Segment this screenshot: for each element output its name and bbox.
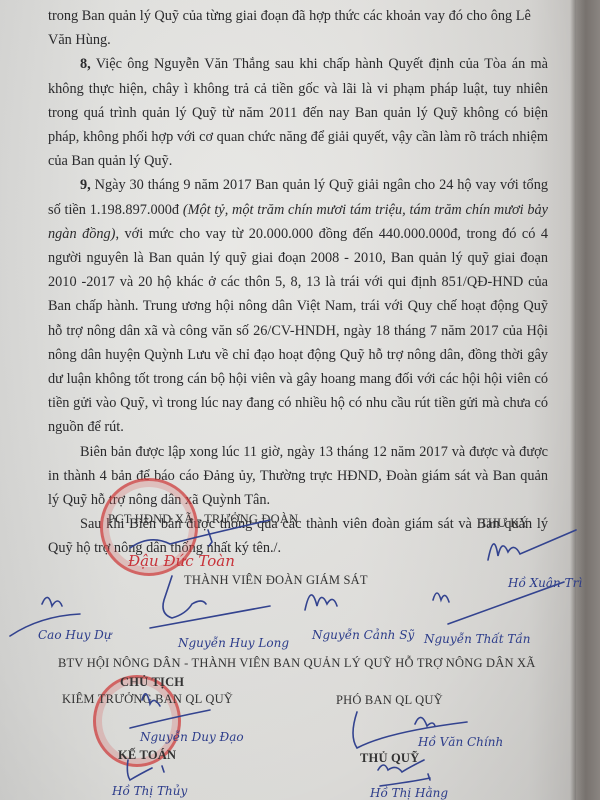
signature-scribbles <box>0 0 600 800</box>
